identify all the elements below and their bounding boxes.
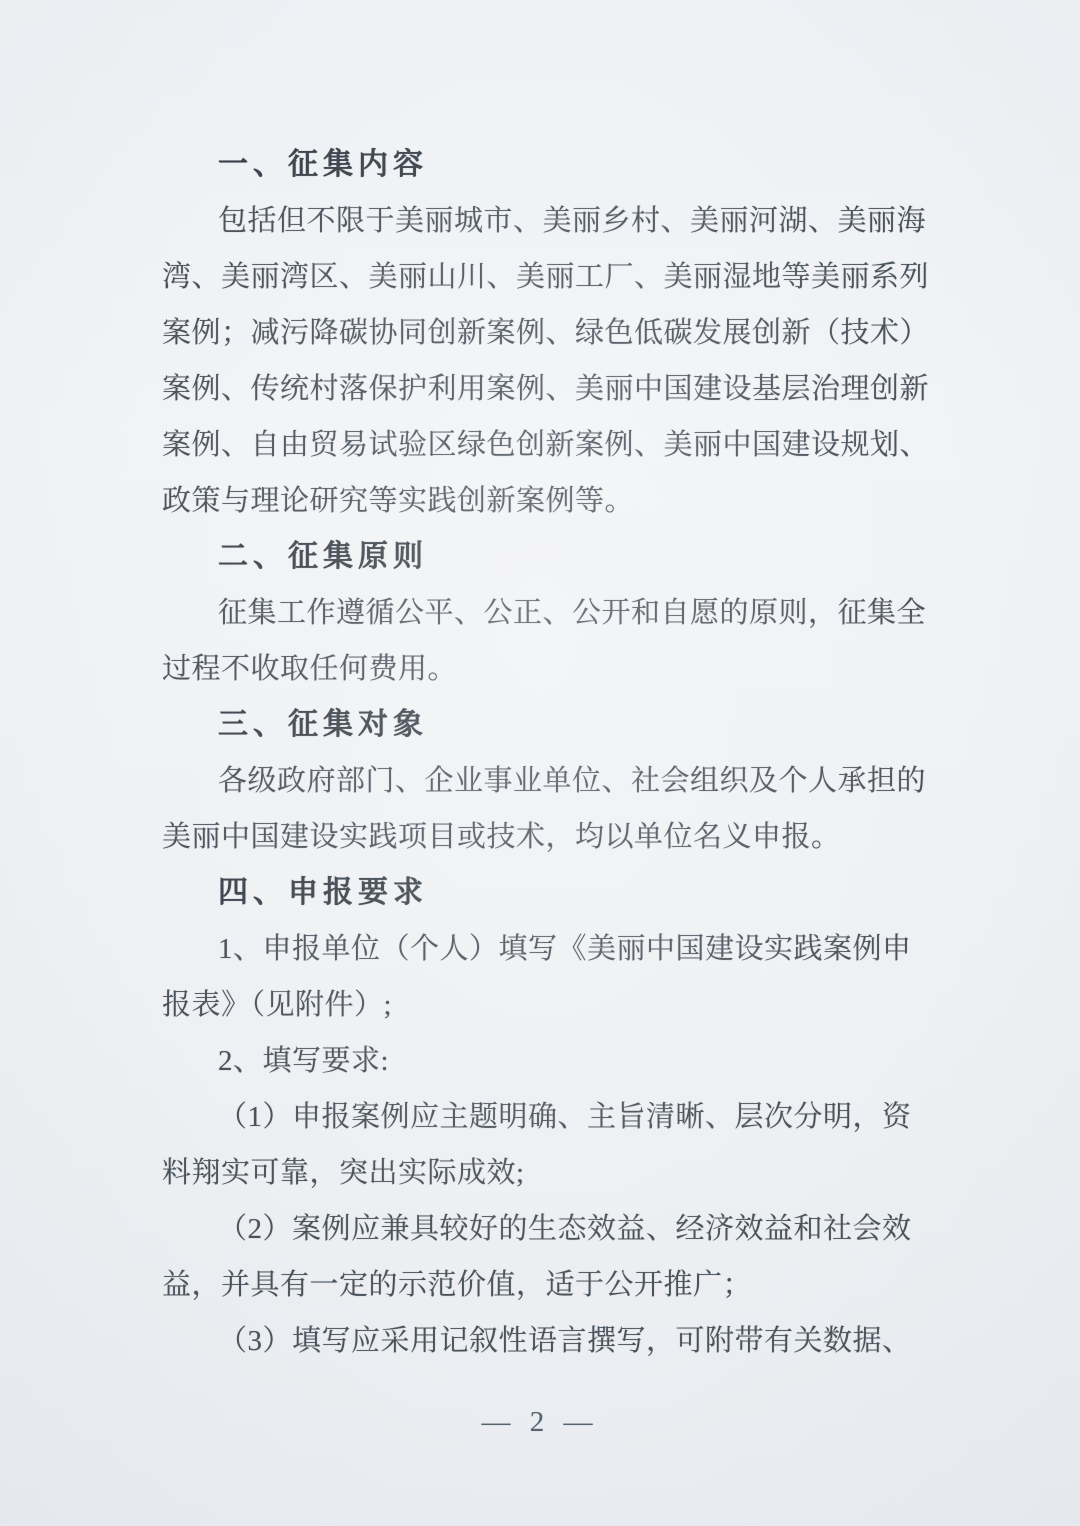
text-line: 2、填写要求: bbox=[162, 1033, 942, 1089]
section-heading: 二、征集原则 bbox=[162, 529, 942, 585]
section-heading: 四、申报要求 bbox=[162, 865, 942, 921]
text-line: （1）申报案例应主题明确、主旨清晰、层次分明，资 bbox=[162, 1089, 942, 1145]
text-line: 各级政府部门、企业事业单位、社会组织及个人承担的 bbox=[162, 753, 942, 809]
text-line: （2）案例应兼具较好的生态效益、经济效益和社会效 bbox=[162, 1201, 942, 1257]
text-line: 案例；减污降碳协同创新案例、绿色低碳发展创新（技术） bbox=[162, 305, 942, 361]
section-heading: 一、征集内容 bbox=[162, 137, 942, 193]
text-line: （3）填写应采用记叙性语言撰写，可附带有关数据、 bbox=[162, 1313, 942, 1369]
text-line: 美丽中国建设实践项目或技术，均以单位名义申报。 bbox=[162, 809, 942, 865]
text-line: 湾、美丽湾区、美丽山川、美丽工厂、美丽湿地等美丽系列 bbox=[162, 249, 942, 305]
text-line: 报表》（见附件）; bbox=[162, 977, 942, 1033]
text-line: 过程不收取任何费用。 bbox=[162, 641, 942, 697]
text-line: 益，并具有一定的示范价值，适于公开推广； bbox=[162, 1257, 942, 1313]
text-line: 1、申报单位（个人）填写《美丽中国建设实践案例申 bbox=[162, 921, 942, 977]
text-line: 料翔实可靠，突出实际成效; bbox=[162, 1145, 942, 1201]
text-line: 包括但不限于美丽城市、美丽乡村、美丽河湖、美丽海 bbox=[162, 193, 942, 249]
document-body: 一、征集内容包括但不限于美丽城市、美丽乡村、美丽河湖、美丽海湾、美丽湾区、美丽山… bbox=[162, 137, 942, 1369]
section-heading: 三、征集对象 bbox=[162, 697, 942, 753]
text-line: 案例、自由贸易试验区绿色创新案例、美丽中国建设规划、 bbox=[162, 417, 942, 473]
document-page: 一、征集内容包括但不限于美丽城市、美丽乡村、美丽河湖、美丽海湾、美丽湾区、美丽山… bbox=[0, 0, 1080, 1526]
text-line: 案例、传统村落保护利用案例、美丽中国建设基层治理创新 bbox=[162, 361, 942, 417]
page-number: — 2 — bbox=[0, 1400, 1080, 1444]
text-line: 政策与理论研究等实践创新案例等。 bbox=[162, 473, 942, 529]
text-line: 征集工作遵循公平、公正、公开和自愿的原则，征集全 bbox=[162, 585, 942, 641]
